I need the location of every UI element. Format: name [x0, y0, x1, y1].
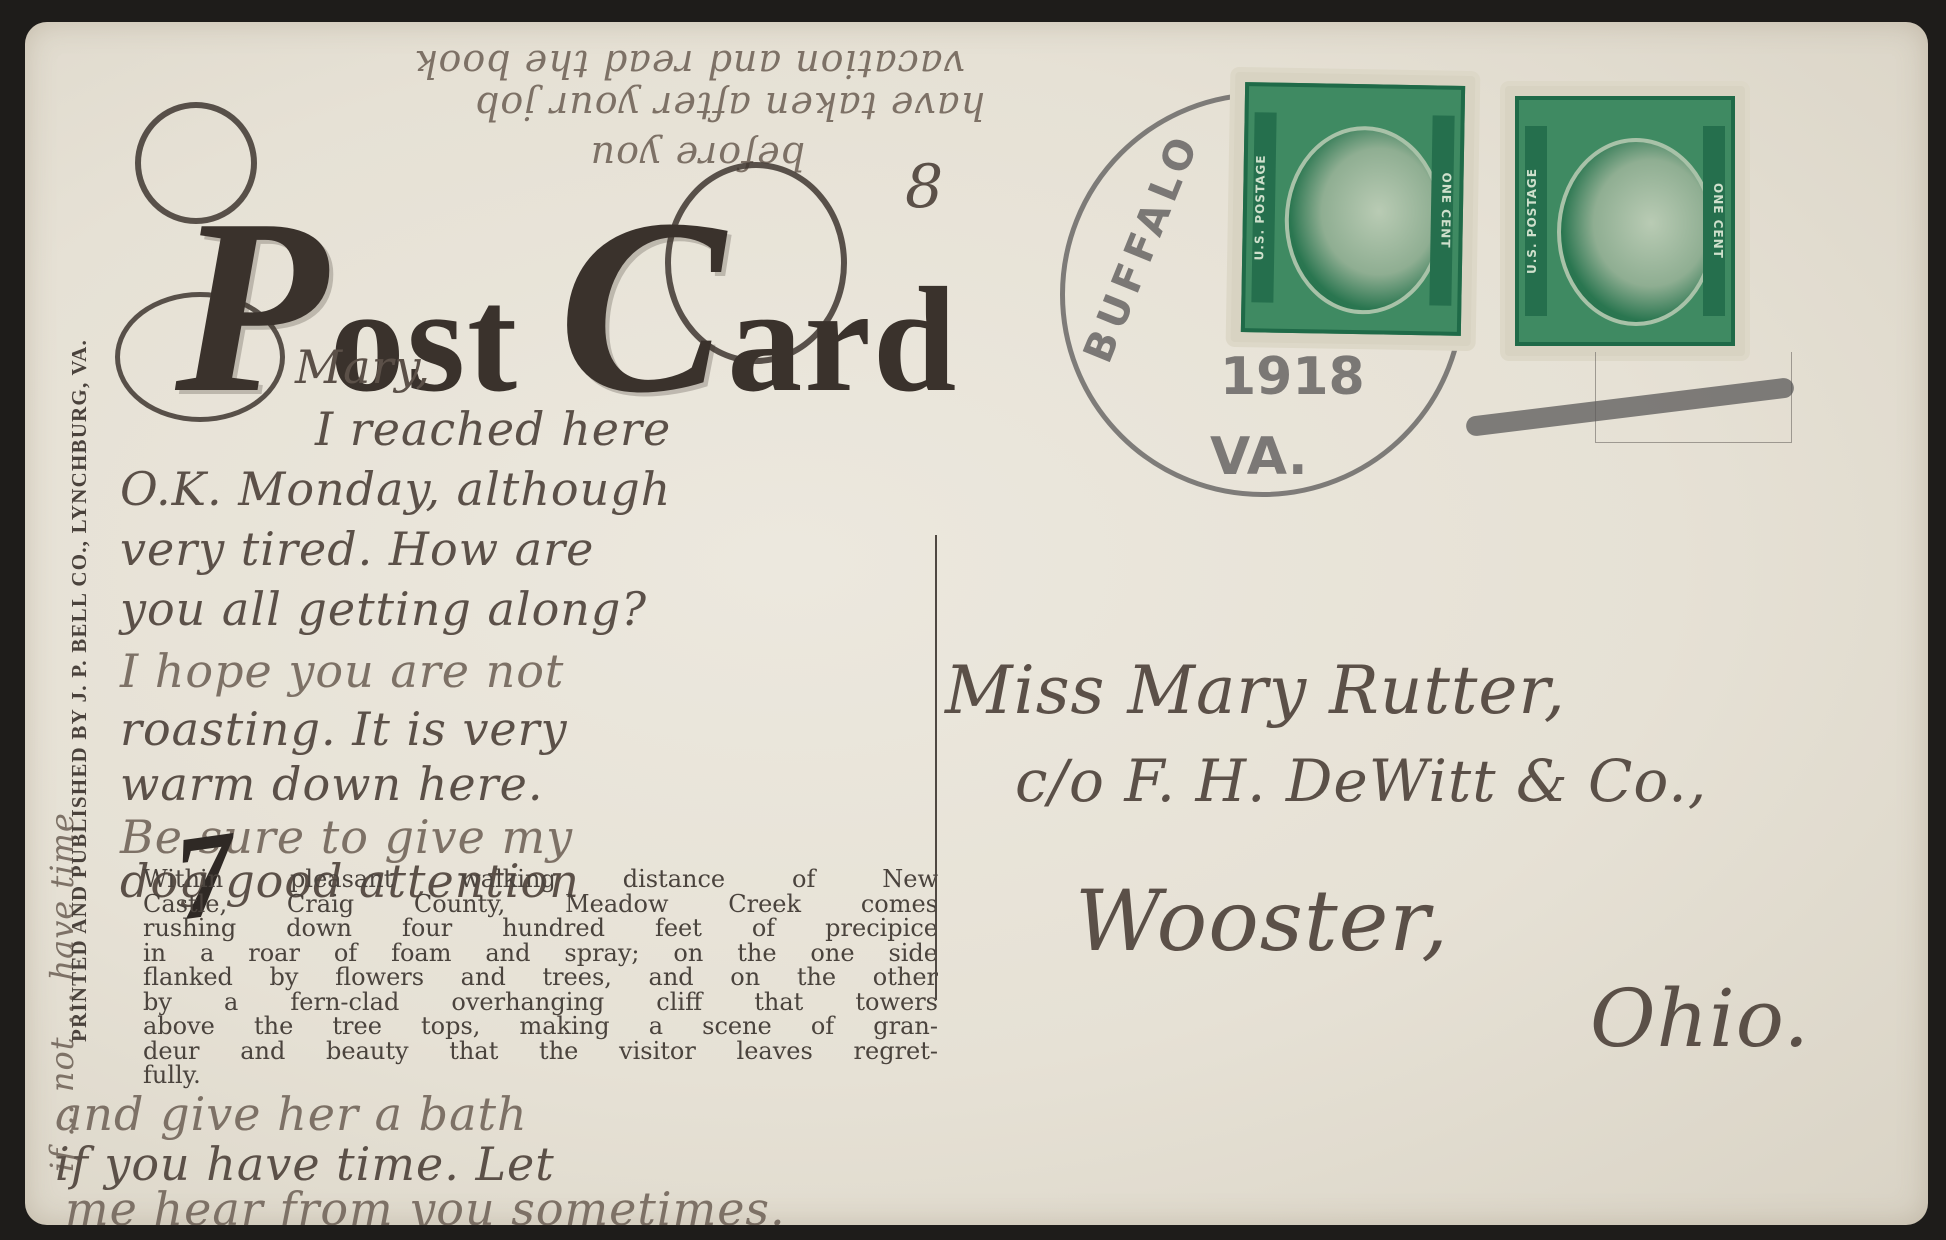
message-line: O.K. Monday, although	[120, 462, 671, 516]
message-line: warm down here.	[120, 757, 543, 811]
description-line: Within pleasant walking distance of New	[143, 867, 938, 892]
message-greeting: Mary,	[295, 340, 431, 394]
stamp-portrait-icon	[1557, 138, 1715, 326]
postage-stamp: U.S. POSTAGE ONE CENT	[1505, 86, 1745, 356]
upside-down-note-line-2: have taken after your job	[474, 84, 985, 128]
description-line: in a roar of foam and spray; on the one …	[143, 941, 938, 966]
upside-down-note-line-1: vacation and read the book	[413, 42, 965, 86]
description-line: by a fern-clad overhanging cliff that to…	[143, 990, 938, 1015]
postmark-state: VA.	[1210, 427, 1308, 487]
description-line: fully.	[143, 1063, 938, 1088]
printer-imprint: PRINTED AND PUBLISHED BY J. P. BELL CO.,…	[67, 339, 92, 1042]
postcard: vacation and read the book have taken af…	[25, 22, 1928, 1225]
message-line: I reached here	[315, 402, 671, 456]
address-name: Miss Mary Rutter,	[945, 652, 1566, 729]
stamp-frame: U.S. POSTAGE ONE CENT	[1515, 96, 1735, 346]
title-initial-p: P	[175, 168, 330, 445]
stamp-frame: U.S. POSTAGE ONE CENT	[1241, 82, 1465, 336]
postmark-year: 1918	[1220, 347, 1365, 407]
postage-stamp: U.S. POSTAGE ONE CENT	[1231, 72, 1476, 346]
corner-mark: 8	[905, 152, 944, 222]
address-state: Ohio.	[1590, 972, 1810, 1065]
description-line: flanked by flowers and trees, and on the…	[143, 965, 938, 990]
message-address-divider	[935, 535, 937, 1000]
stamp-label-value: ONE CENT	[1703, 126, 1725, 316]
description-line: Castle, Craig County, Meadow Creek comes	[143, 892, 938, 917]
printed-description: Within pleasant walking distance of New …	[143, 867, 938, 1088]
message-line: me hear from you sometimes.	[65, 1182, 786, 1225]
postcard-title: Post Card	[175, 182, 958, 432]
stamp-label-value: ONE CENT	[1429, 115, 1454, 305]
description-line: above the tree tops, making a scene of g…	[143, 1014, 938, 1039]
stamp-portrait-icon	[1283, 125, 1444, 316]
title-rest-ard: ard	[727, 257, 958, 423]
message-line: you all getting along?	[120, 582, 647, 636]
description-line: rushing down four hundred feet of precip…	[143, 916, 938, 941]
address-city: Wooster,	[1075, 872, 1449, 970]
message-line: I hope you are not	[120, 644, 564, 698]
message-line: roasting. It is very	[120, 702, 568, 756]
address-care-of: c/o F. H. DeWitt & Co.,	[1015, 747, 1707, 815]
description-line: deur and beauty that the visitor leaves …	[143, 1039, 938, 1064]
stamp-label-postage: U.S. POSTAGE	[1251, 112, 1276, 302]
message-line: and give her a bath	[55, 1087, 528, 1141]
stamp-label-postage: U.S. POSTAGE	[1525, 126, 1547, 316]
message-line: very tired. How are	[120, 522, 594, 576]
